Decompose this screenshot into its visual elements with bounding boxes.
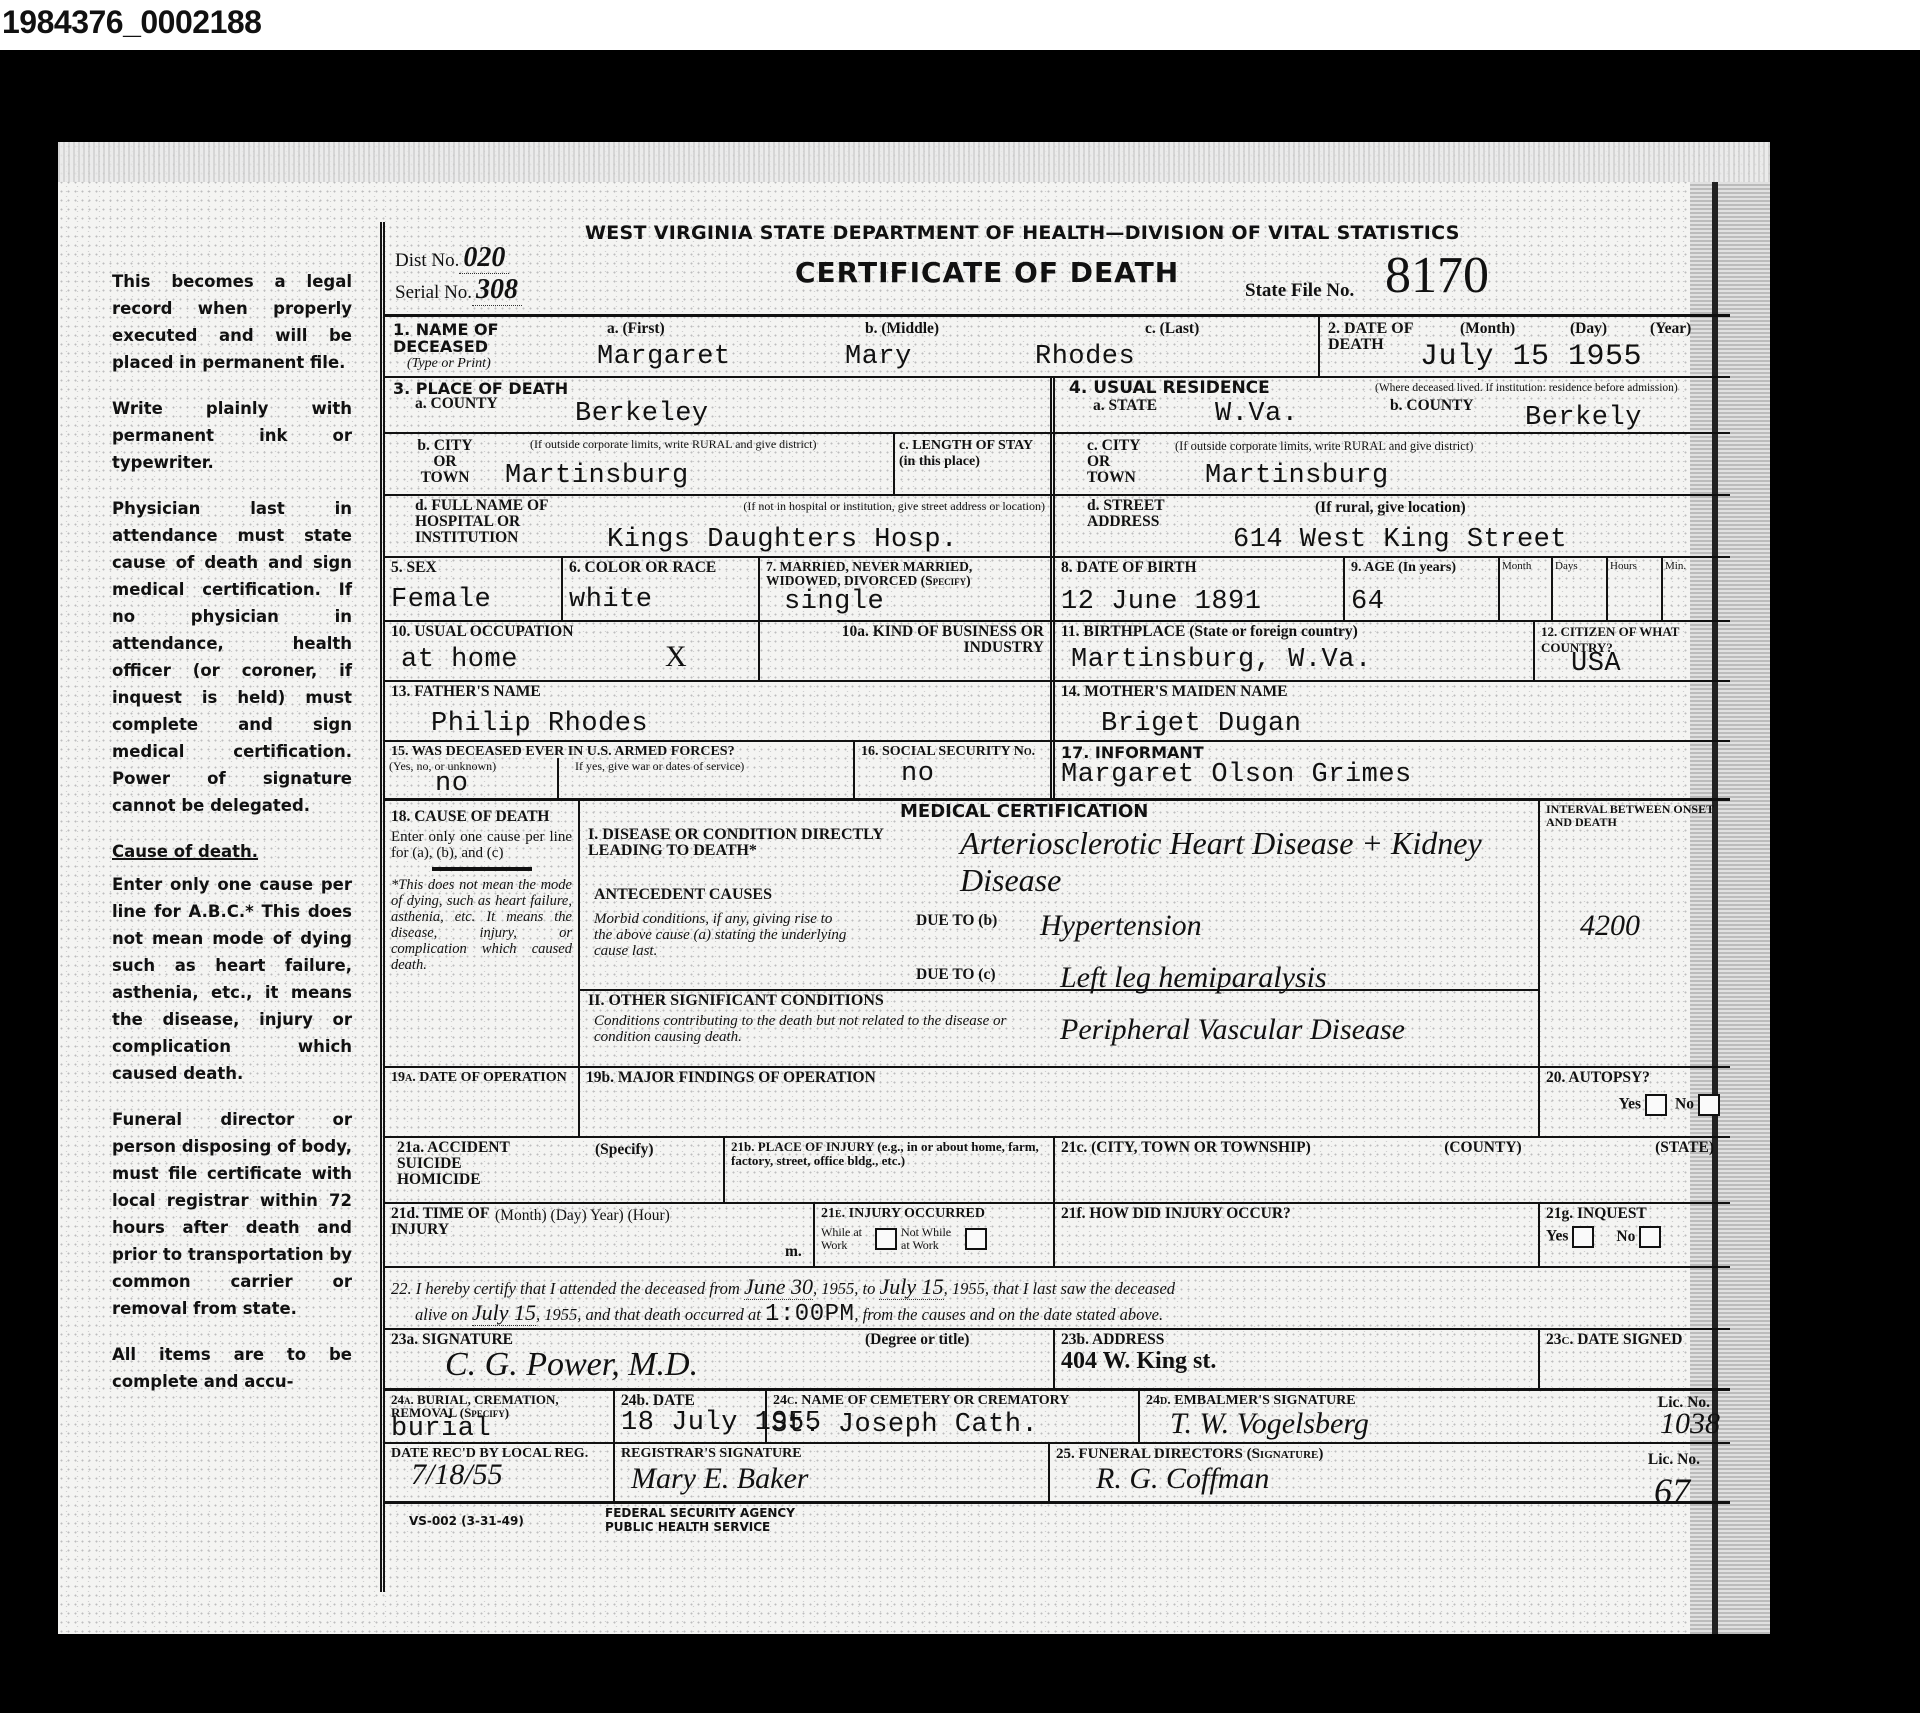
form-footer: VS-002 (3-31-49) FEDERAL SECURITY AGENCY… [385, 1504, 1730, 1534]
field-death-county: 3. PLACE OF DEATH a. COUNTY Berkeley [385, 378, 1055, 432]
instruction-physician: Physician last in attendance must state … [112, 495, 352, 819]
physician-signature-value: C. G. Power, M.D. [445, 1346, 698, 1384]
footer-agency-2: PUBLIC HEALTH SERVICE [605, 1520, 770, 1534]
funeral-director-signature-value: R. G. Coffman [1096, 1462, 1724, 1496]
row-injury-type: 21a. ACCIDENT SUICIDE HOMICIDE (Specify)… [385, 1136, 1730, 1202]
field-armed-forces: 15. WAS DECEASED EVER IN U.S. ARMED FORC… [385, 742, 855, 798]
field-mother-name: 14. MOTHER'S MAIDEN NAME Briget Dugan [1055, 682, 1730, 740]
physician-address-value: 404 W. King st. [1061, 1348, 1532, 1375]
field-name-of-deceased: 1. NAME OF DECEASED (Type or Print) a. (… [385, 317, 1320, 376]
cause-c-handwritten: Left leg hemiparalysis [1060, 961, 1327, 995]
field-autopsy: 20. AUTOPSY? Yes No [1540, 1068, 1730, 1136]
mother-name-value: Briget Dugan [1101, 710, 1724, 738]
instruction-legal-record: This becomes a legal record when properl… [112, 268, 352, 376]
field-business: 10a. KIND OF BUSINESS OR INDUSTRY [760, 622, 1055, 680]
row-occupation: 10. USUAL OCCUPATION at home X 10a. KIND… [385, 620, 1730, 680]
cemetery-value: St. Joseph Cath. [771, 1411, 1132, 1439]
death-county-value: Berkeley [575, 400, 709, 428]
row-physician-signature: 23a. SIGNATURE (Degree or title) C. G. P… [385, 1328, 1730, 1388]
field-how-injury-occurred: 21f. HOW DID INJURY OCCUR? [1055, 1204, 1540, 1266]
field-date-signed: 23c. DATE SIGNED [1540, 1330, 1730, 1388]
middle-name-value: Mary [845, 343, 912, 371]
embalmer-license-value: 1038 [1660, 1407, 1720, 1441]
field-citizenship: 12. CITIZEN OF WHAT COUNTRY? USA [1535, 622, 1730, 680]
time-of-death: 1:00PM [765, 1301, 854, 1329]
hospital-value: Kings Daughters Hosp. [607, 526, 958, 554]
field-age-days: Days [1553, 558, 1608, 620]
field-length-of-stay: c. LENGTH OF STAY (in this place) [895, 434, 1055, 494]
district-value: 020 [459, 242, 509, 274]
field-date-of-death: 2. DATE OF DEATH (Month) (Day) (Year) Ju… [1320, 317, 1730, 376]
age-value: 64 [1351, 588, 1492, 616]
certificate-title: CERTIFICATE OF DEATH [795, 256, 1179, 289]
field-age-minutes: Min. [1663, 558, 1730, 620]
interval-value: 4200 [1580, 909, 1640, 943]
district-number: Dist No.020 [395, 242, 509, 274]
image-id-label: 1984376_0002188 [0, 0, 1920, 50]
field-accident-type: 21a. ACCIDENT SUICIDE HOMICIDE (Specify) [385, 1138, 725, 1202]
date-of-death-value: July 15 1955 [1420, 343, 1642, 371]
inquest-yes-checkbox[interactable] [1572, 1226, 1594, 1248]
row-hospital-street: d. FULL NAME OF HOSPITAL OR INSTITUTION … [385, 494, 1730, 556]
row-personal: 5. SEX Female 6. COLOR OR RACE white 7. … [385, 556, 1730, 620]
attended-from-date: June 30 [744, 1274, 813, 1300]
field-age-months: Month [1500, 558, 1553, 620]
field-place-of-injury: 21b. PLACE OF INJURY (e.g., in or about … [725, 1138, 1055, 1202]
sex-value: Female [391, 586, 555, 614]
last-seen-alive-date: July 15 [472, 1300, 536, 1326]
serial-value: 308 [472, 274, 522, 306]
field-time-of-injury: 21d. TIME OF INJURY (Month) (Day) Year) … [385, 1204, 815, 1266]
field-operation-date: 19a. DATE OF OPERATION [385, 1068, 580, 1136]
not-at-work-checkbox[interactable] [965, 1228, 987, 1250]
instruction-cause-title: Cause of death. [112, 842, 258, 861]
field-occupation: 10. USUAL OCCUPATION at home X [385, 622, 760, 680]
field-date-of-birth: 8. DATE OF BIRTH 12 June 1891 [1055, 558, 1345, 620]
field-race: 6. COLOR OR RACE white [563, 558, 760, 620]
row-registrar: DATE REC'D BY LOCAL REG. 7/18/55 REGISTR… [385, 1442, 1730, 1504]
birthplace-value: Martinsburg, W.Va. [1071, 646, 1527, 674]
footer-agency-1: FEDERAL SECURITY AGENCY [605, 1506, 795, 1520]
inquest-no-checkbox[interactable] [1639, 1226, 1661, 1248]
field-birthplace: 11. BIRTHPLACE (State or foreign country… [1055, 622, 1535, 680]
at-work-checkbox[interactable] [875, 1228, 897, 1250]
birth-date-value: 12 June 1891 [1061, 588, 1337, 616]
field-embalmer: 24d. EMBALMER'S SIGNATURE Lic. No. T. W.… [1140, 1391, 1730, 1442]
field-age-hours: Hours [1608, 558, 1663, 620]
form-grid: 1. NAME OF DECEASED (Type or Print) a. (… [385, 314, 1730, 1534]
ssn-value: no [901, 760, 1044, 788]
autopsy-no-checkbox[interactable] [1698, 1094, 1720, 1116]
embalmer-signature-value: T. W. Vogelsberg [1170, 1407, 1369, 1441]
last-name-value: Rhodes [1035, 343, 1135, 371]
agency-heading: WEST VIRGINIA STATE DEPARTMENT OF HEALTH… [585, 222, 1460, 244]
residence-county-value: Berkely [1525, 404, 1642, 432]
row-place-residence: 3. PLACE OF DEATH a. COUNTY Berkeley 4. … [385, 376, 1730, 432]
instruction-cause: Enter only one cause per line for A.B.C.… [112, 871, 352, 1087]
first-name-value: Margaret [597, 343, 731, 371]
row-parents: 13. FATHER'S NAME Philip Rhodes 14. MOTH… [385, 680, 1730, 740]
residence-city-value: Martinsburg [1205, 462, 1389, 490]
other-conditions-handwritten: Peripheral Vascular Disease [1060, 1013, 1405, 1047]
field-burial-type: 24a. BURIAL, CREMATION, REMOVAL (Specify… [385, 1391, 615, 1442]
state-file-label: State File No. [1245, 280, 1354, 302]
field-hospital: d. FULL NAME OF HOSPITAL OR INSTITUTION … [385, 496, 1055, 556]
burial-date-value: 18 July 1955 [621, 1409, 759, 1437]
autopsy-yes-checkbox[interactable] [1645, 1094, 1667, 1116]
armed-forces-value: no [435, 770, 468, 798]
registrar-signature-value: Mary E. Baker [631, 1462, 1042, 1496]
death-city-value: Martinsburg [505, 462, 689, 490]
race-value: white [569, 586, 752, 614]
residence-street-value: 614 West King Street [1233, 526, 1567, 554]
row-operation: 19a. DATE OF OPERATION 19b. MAJOR FINDIN… [385, 1066, 1730, 1136]
field-injury-location: 21c. (CITY, TOWN OR TOWNSHIP) (COUNTY) (… [1055, 1138, 1730, 1202]
field-cemetery: 24c. NAME OF CEMETERY OR CREMATORY St. J… [765, 1391, 1140, 1442]
field-inquest: 21g. INQUEST Yes No [1540, 1204, 1730, 1266]
field-marital-status: 7. MARRIED, NEVER MARRIED, WIDOWED, DIVO… [760, 558, 1055, 620]
field-operation-findings: 19b. MAJOR FINDINGS OF OPERATION [580, 1068, 1540, 1136]
instruction-funeral-director: Funeral director or person disposing of … [112, 1106, 352, 1322]
field-funeral-director: 25. FUNERAL DIRECTORS (Signature) Lic. N… [1050, 1444, 1730, 1501]
row-city: b. CITY OR TOWN (If outside corporate li… [385, 432, 1730, 494]
attended-to-date: July 15 [879, 1274, 943, 1300]
field-burial-date: 24b. DATE 18 July 1955 [615, 1391, 765, 1442]
occupation-value: at home [401, 646, 752, 674]
field-date-received: DATE REC'D BY LOCAL REG. 7/18/55 [385, 1444, 615, 1501]
row-disposition: 24a. BURIAL, CREMATION, REMOVAL (Specify… [385, 1388, 1730, 1442]
field-death-city: b. CITY OR TOWN (If outside corporate li… [385, 434, 895, 494]
field-residence-state-county: 4. USUAL RESIDENCE (Where deceased lived… [1055, 378, 1730, 432]
row-name: 1. NAME OF DECEASED (Type or Print) a. (… [385, 314, 1730, 376]
field-informant: 17. INFORMANT Margaret Olson Grimes [1055, 742, 1730, 798]
instruction-complete: All items are to be complete and accu- [112, 1341, 352, 1395]
death-certificate-document: This becomes a legal record when properl… [58, 142, 1770, 1634]
field-residence-street: d. STREET ADDRESS (If rural, give locati… [1055, 496, 1730, 556]
residence-state-value: W.Va. [1215, 400, 1299, 428]
field-interval-onset: INTERVAL BETWEEN ONSET AND DEATH 4200 [1540, 801, 1730, 1066]
field-physician-address: 23b. ADDRESS 404 W. King st. [1055, 1330, 1540, 1388]
field-medical-causes: MEDICAL CERTIFICATION I. DISEASE OR COND… [580, 801, 1540, 1066]
field-residence-city: c. CITY OR TOWN (If outside corporate li… [1055, 434, 1730, 494]
row-medical-certification: 18. CAUSE OF DEATH Enter only one cause … [385, 798, 1730, 1066]
citizen-value: USA [1571, 650, 1724, 678]
instruction-write-plainly: Write plainly with permanent ink or type… [112, 395, 352, 476]
paper-top-edge [58, 142, 1770, 182]
cause-b-handwritten: Hypertension [1040, 909, 1202, 943]
row-armed-forces: 15. WAS DECEASED EVER IN U.S. ARMED FORC… [385, 740, 1730, 798]
field-cause-of-death-instructions: 18. CAUSE OF DEATH Enter only one cause … [385, 801, 580, 1066]
informant-value: Margaret Olson Grimes [1061, 761, 1724, 789]
field-physician-signature: 23a. SIGNATURE (Degree or title) C. G. P… [385, 1330, 1055, 1388]
field-registrar-signature: REGISTRAR'S SIGNATURE Mary E. Baker [615, 1444, 1050, 1501]
serial-number: Serial No.308 [395, 274, 522, 306]
row-injury-details: 21d. TIME OF INJURY (Month) (Day) Year) … [385, 1202, 1730, 1266]
field-sex: 5. SEX Female [385, 558, 563, 620]
form-code: VS-002 (3-31-49) [409, 1514, 524, 1528]
father-name-value: Philip Rhodes [431, 710, 1044, 738]
field-social-security: 16. SOCIAL SECURITY No. no [855, 742, 1055, 798]
date-received-value: 7/18/55 [411, 1458, 607, 1492]
field-age: 9. AGE (In years) 64 [1345, 558, 1500, 620]
occupation-check-mark: X [665, 640, 687, 674]
field-injury-occurred: 21e. INJURY OCCURRED While at Work Not W… [815, 1204, 1055, 1266]
field-father-name: 13. FATHER'S NAME Philip Rhodes [385, 682, 1055, 740]
marital-value: single [784, 588, 1044, 616]
field-attendance-certification: 22. I hereby certify that I attended the… [385, 1268, 1730, 1328]
cause-a-handwritten: Arteriosclerotic Heart Disease + Kidney … [960, 825, 1538, 899]
instructions-sidebar: This becomes a legal record when properl… [112, 268, 352, 1414]
certificate-form: WEST VIRGINIA STATE DEPARTMENT OF HEALTH… [380, 222, 1725, 1592]
row-physician-certification: 22. I hereby certify that I attended the… [385, 1266, 1730, 1328]
state-file-number: 8170 [1385, 246, 1489, 305]
